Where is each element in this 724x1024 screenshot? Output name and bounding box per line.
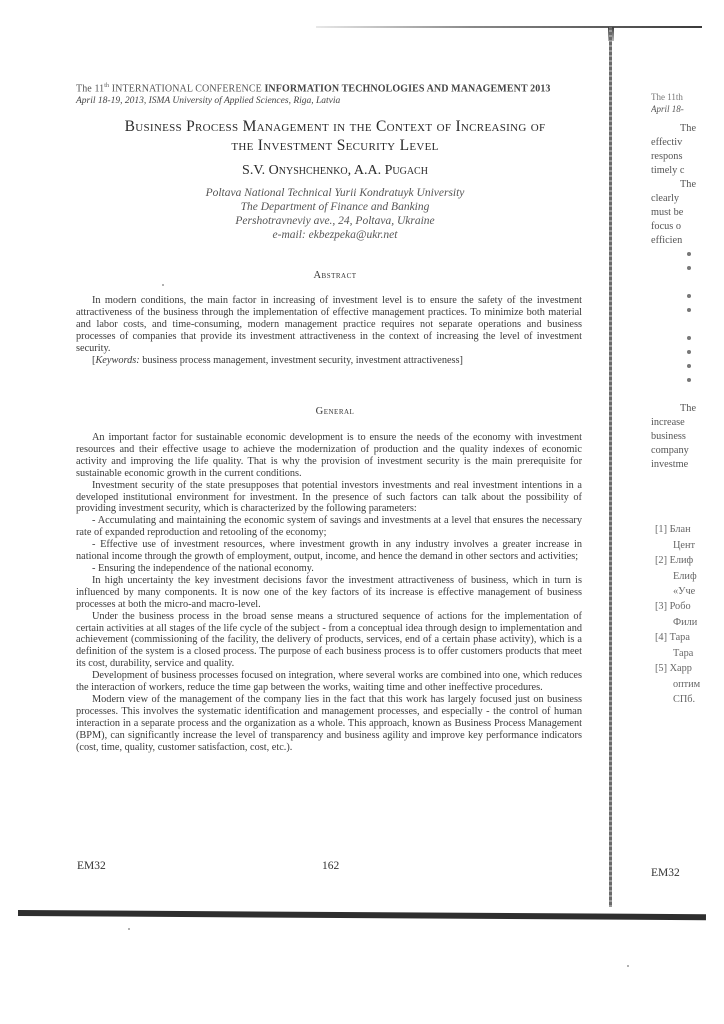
- right-page-text-fragment: investme: [651, 459, 724, 470]
- general-paragraph-2: Investment security of the state presupp…: [76, 480, 582, 516]
- right-page-text-fragment: company: [651, 445, 724, 456]
- affiliation-email: e-mail: ekbezpeka@ukr.net: [60, 229, 610, 241]
- right-page-text-fragment: The: [680, 179, 724, 190]
- conference-date-venue: April 18-19, 2013, ISMA University of Ap…: [76, 96, 340, 106]
- paper-authors: S.V. Onyshchenko, A.A. Pugach: [60, 163, 610, 179]
- right-page-text-fragment: efficien: [651, 235, 724, 246]
- keywords-label: Keywords:: [95, 355, 139, 366]
- general-paragraph-1: An important factor for sustainable econ…: [76, 432, 582, 480]
- right-page-text-fragment: respons: [651, 151, 724, 162]
- paper-title-line-1: Business Process Management in the Conte…: [60, 118, 610, 136]
- reference-fragment: СПб.: [673, 694, 724, 705]
- conference-mid: INTERNATIONAL CONFERENCE: [109, 83, 264, 94]
- general-bullet-2: - Effective use of investment resources,…: [76, 539, 582, 563]
- general-paragraph-6: Modern view of the management of the com…: [76, 694, 582, 754]
- reference-fragment: [4] Тара: [655, 632, 724, 643]
- right-page-text-fragment: focus o: [651, 221, 724, 232]
- bullet-icon: [687, 252, 691, 256]
- right-page-text-fragment: effectiv: [651, 137, 724, 148]
- footer-code: EM32: [77, 860, 106, 872]
- reference-fragment: Елиф: [673, 571, 724, 582]
- page-number: 162: [322, 860, 339, 872]
- conference-prefix: The 11: [76, 83, 104, 94]
- right-page-text-fragment: timely c: [651, 165, 724, 176]
- scan-speck: [162, 284, 164, 286]
- general-bullet-1: - Accumulating and maintaining the econo…: [76, 515, 582, 539]
- right-page-text-fragment: increase: [651, 417, 724, 428]
- general-paragraph-3: In high uncertainty the key investment d…: [76, 575, 582, 611]
- abstract-heading: Abstract: [60, 270, 610, 281]
- general-heading: General: [60, 406, 610, 417]
- abstract-body: In modern conditions, the main factor in…: [76, 295, 582, 366]
- reference-fragment: [2] Елиф: [655, 555, 724, 566]
- abstract-keywords: [Keywords: business process management, …: [76, 355, 582, 367]
- reference-fragment: Цент: [673, 540, 724, 551]
- scan-speck: [627, 965, 629, 967]
- conference-name: The 11th INTERNATIONAL CONFERENCE INFORM…: [76, 83, 551, 94]
- scan-speck: [128, 928, 130, 930]
- reference-fragment: [1] Блан: [655, 524, 724, 535]
- general-body: An important factor for sustainable econ…: [76, 432, 582, 753]
- general-bullet-3: - Ensuring the independence of the natio…: [76, 563, 582, 575]
- reference-fragment: [5] Харр: [655, 663, 724, 674]
- reference-fragment: оптим: [673, 679, 724, 690]
- paper-title-line-2: the Investment Security Level: [60, 137, 610, 155]
- affiliation-address: Pershotravneviy ave., 24, Poltava, Ukrai…: [60, 215, 610, 227]
- scan-edge-bottom: [18, 910, 706, 920]
- right-page-text-fragment: business: [651, 431, 724, 442]
- general-paragraph-4: Under the business process in the broad …: [76, 611, 582, 671]
- right-page-text-fragment: clearly: [651, 193, 724, 204]
- reference-fragment: Фили: [673, 617, 724, 628]
- keywords-list: business process management, investment …: [140, 355, 463, 366]
- general-paragraph-5: Development of business processes focuse…: [76, 670, 582, 694]
- right-page-footer-code: EM32: [651, 867, 680, 879]
- conference-title: INFORMATION TECHNOLOGIES AND MANAGEMENT …: [264, 83, 550, 94]
- scan-edge-top: [316, 26, 702, 28]
- bullet-icon: [687, 266, 691, 270]
- right-page-header-conference: The 11th: [651, 92, 711, 102]
- bullet-icon: [687, 350, 691, 354]
- right-page-text-fragment: The: [680, 403, 724, 414]
- page-spine-divider: [609, 27, 612, 907]
- reference-fragment: Тара: [673, 648, 724, 659]
- right-page-header-date: April 18-: [651, 104, 711, 114]
- affiliation-university: Poltava National Technical Yurii Kondrat…: [60, 187, 610, 199]
- abstract-text: In modern conditions, the main factor in…: [76, 295, 582, 355]
- affiliation-department: The Department of Finance and Banking: [60, 201, 610, 213]
- right-page-text-fragment: The: [680, 123, 724, 134]
- bullet-icon: [687, 336, 691, 340]
- right-page-text-fragment: must be: [651, 207, 724, 218]
- bullet-icon: [687, 294, 691, 298]
- bullet-icon: [687, 364, 691, 368]
- reference-fragment: «Уче: [673, 586, 724, 597]
- reference-fragment: [3] Робо: [655, 601, 724, 612]
- bullet-icon: [687, 378, 691, 382]
- bullet-icon: [687, 308, 691, 312]
